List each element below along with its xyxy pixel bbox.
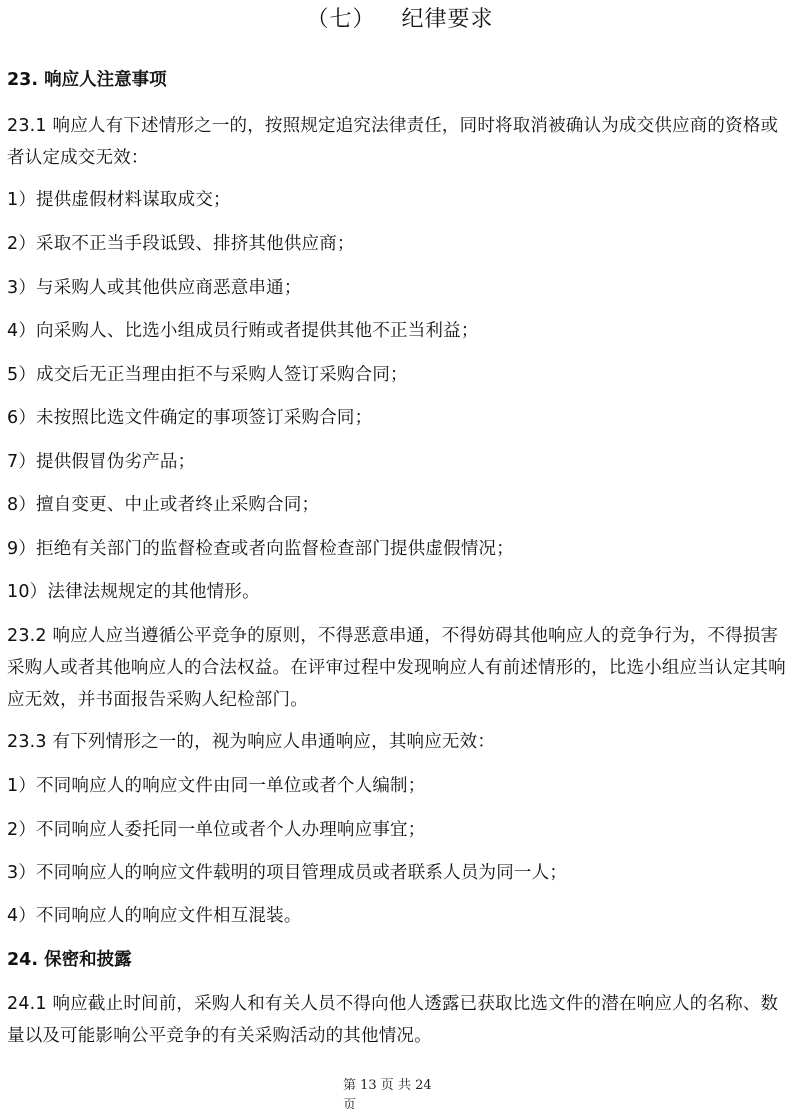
list-item: 8）擅自变更、中止或者终止采购合同； bbox=[7, 489, 793, 521]
paragraph-24-1: 24.1 响应截止时间前，采购人和有关人员不得向他人透露已获取比选文件的潜在响应… bbox=[7, 988, 793, 1052]
page-number-wrap: 页 bbox=[343, 1096, 463, 1109]
section-number: （七） bbox=[306, 7, 375, 32]
paragraph-23-3: 23.3 有下列情形之一的，视为响应人串通响应，其响应无效： bbox=[7, 726, 793, 758]
paragraph-23-1: 23.1 响应人有下述情形之一的，按照规定追究法律责任，同时将取消被确认为成交供… bbox=[7, 110, 793, 174]
list-item: 1）不同响应人的响应文件由同一单位或者个人编制； bbox=[7, 770, 793, 802]
list-item: 5）成交后无正当理由拒不与采购人签订采购合同； bbox=[7, 359, 793, 391]
list-item: 4）向采购人、比选小组成员行贿或者提供其他不正当利益； bbox=[7, 315, 793, 347]
list-item: 9）拒绝有关部门的监督检查或者向监督检查部门提供虚假情况； bbox=[7, 533, 793, 565]
page-number: 第 13 页 共 24 bbox=[343, 1076, 463, 1096]
list-item: 10）法律法规规定的其他情形。 bbox=[7, 576, 793, 608]
paragraph-23-2: 23.2 响应人应当遵循公平竞争的原则，不得恶意串通，不得妨碍其他响应人的竞争行… bbox=[7, 620, 793, 716]
list-item: 4）不同响应人的响应文件相互混装。 bbox=[7, 900, 793, 932]
list-item: 1）提供虚假材料谋取成交； bbox=[7, 184, 793, 216]
heading-23: 23. 响应人注意事项 bbox=[7, 68, 167, 92]
list-item: 7）提供假冒伪劣产品； bbox=[7, 446, 793, 478]
section-title: （七）纪律要求 bbox=[0, 4, 800, 36]
list-item: 2）采取不正当手段诋毁、排挤其他供应商； bbox=[7, 228, 793, 260]
list-item: 2）不同响应人委托同一单位或者个人办理响应事宜； bbox=[7, 814, 793, 846]
page-footer: 第 13 页 共 24 页 bbox=[343, 1076, 463, 1109]
list-item: 6）未按照比选文件确定的事项签订采购合同； bbox=[7, 402, 793, 434]
heading-24: 24. 保密和披露 bbox=[7, 948, 132, 972]
section-title-text: 纪律要求 bbox=[402, 7, 494, 32]
list-item: 3）不同响应人的响应文件载明的项目管理成员或者联系人员为同一人； bbox=[7, 857, 793, 889]
list-item: 3）与采购人或其他供应商恶意串通； bbox=[7, 272, 793, 304]
